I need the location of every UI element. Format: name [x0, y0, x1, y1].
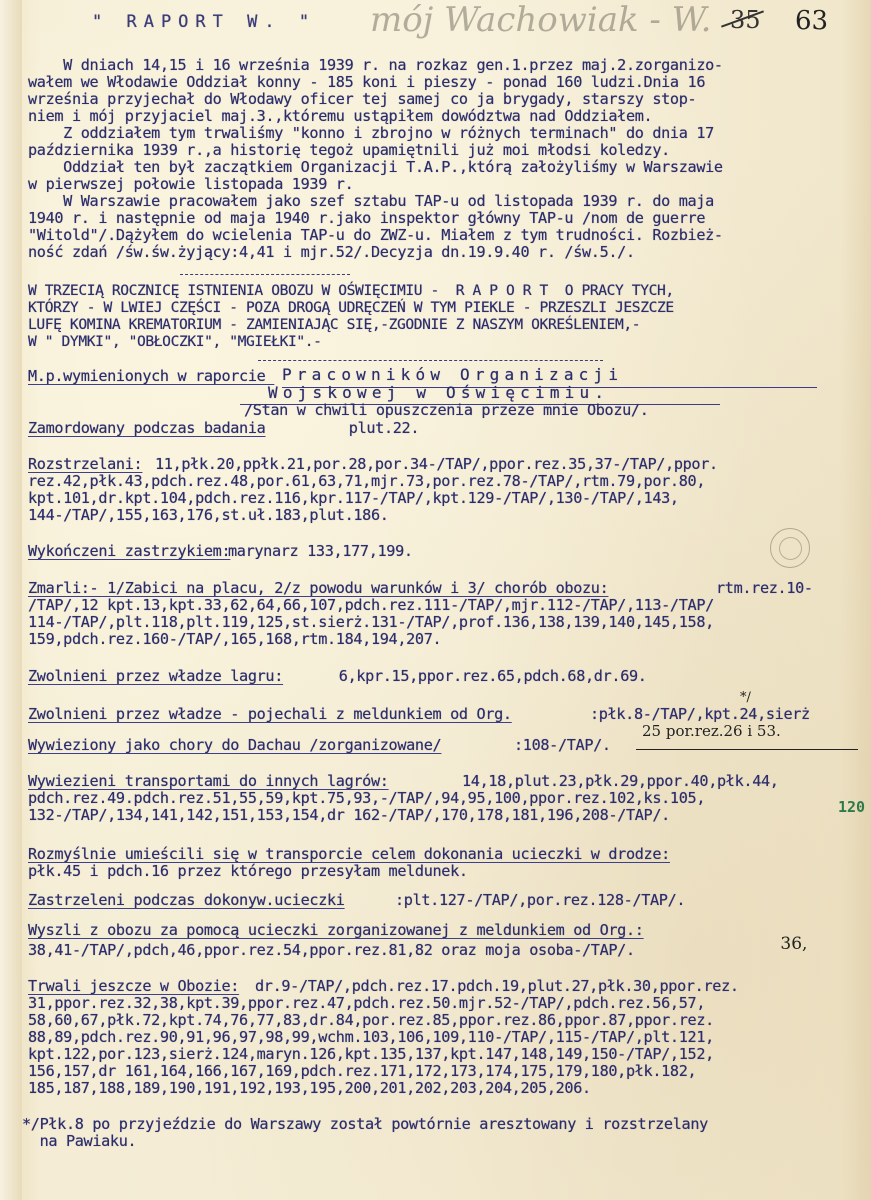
section-label: Zwolnieni przez władze lagru:: [28, 668, 283, 685]
intro-line: 1940 r. i następnie od maja 1940 r.jako …: [28, 210, 705, 227]
section-label: Trwali jeszcze w Obozie:: [28, 978, 239, 995]
section-label: Rozstrzelani:: [28, 456, 142, 473]
intro-line: W Warszawie pracowałem jako szef sztabu …: [28, 193, 714, 210]
margin-note: 120: [838, 798, 865, 816]
intro-line: października 1939 r.,a historię tegoż up…: [28, 142, 670, 159]
separator-rule: [180, 274, 350, 275]
intro-line: W dniach 14,15 i 16 września 1939 r. na …: [28, 57, 723, 74]
section-content: 144-/TAP/,155,163,176,st.uł.183,plut.186…: [28, 507, 389, 524]
list-heading-prefix: M.p.wymienionych w raporcie: [28, 368, 274, 385]
section-content: 114-/TAP/,plt.118,plt.119,125,st.sierż.1…: [28, 614, 714, 631]
handwritten-addition: 25 por.rez.26 i 53.: [642, 722, 781, 740]
section-content: plut.22.: [340, 420, 419, 437]
section-content: :108-/TAP/.: [514, 737, 611, 754]
intro-line: "Witold"/.Dążyłem do wcielenia TAP-u do …: [28, 227, 723, 244]
section-label: Wyszli z obozu za pomocą ucieczki zorgan…: [28, 922, 644, 939]
document-page: mój Wachowiak - W. 35 63 " RAPORT W. " W…: [0, 0, 871, 1200]
section-content: kpt.122,por.123,sierż.124,maryn.126,kpt.…: [28, 1046, 714, 1063]
section-content: 58,60,67,płk.72,kpt.74,76,77,83,dr.84,po…: [28, 1012, 714, 1029]
footnote-line: */Płk.8 po przyjeździe do Warszawy zosta…: [22, 1116, 708, 1133]
separator-rule: [258, 360, 603, 361]
caps-line: W " DYMKI", "OBŁOCZKI", "MGIEŁKI".-: [28, 333, 322, 350]
section-content: 156,157,dr 161,164,166,167,169,pdch.rez.…: [28, 1063, 696, 1080]
caps-line: KTÓRZY - W LWIEJ CZĘŚCI - POZA DROGĄ UDR…: [28, 299, 674, 316]
section-content: rtm.rez.10-: [716, 580, 813, 597]
caps-line: W TRZECIĄ ROCZNICĘ ISTNIENIA OBOZU W OŚW…: [28, 282, 674, 299]
intro-line: września przyjechał do Włodawy oficer te…: [28, 91, 696, 108]
section-label: Wywieziony jako chory do Dachau /zorgani…: [28, 737, 441, 754]
pencil-annotation: mój Wachowiak - W.: [370, 0, 712, 40]
section-content: 38,41-/TAP/,pdch,46,ppor.rez.54,ppor.rez…: [28, 942, 635, 959]
section-content: 6,kpr.15,ppor.rez.65,pdch.68,dr.69.: [330, 668, 647, 685]
section-label: Zwolnieni przez władze - pojechali z mel…: [28, 706, 512, 723]
section-content: 14,18,plut.23,płk.29,ppor.40,płk.44,: [462, 773, 779, 790]
section-content: :plt.127-/TAP/,por.rez.128-/TAP/.: [395, 892, 685, 909]
section-content: płk.45 i pdch.16 przez którego przesyłam…: [28, 863, 468, 880]
section-label: Zastrzeleni podczas dokonyw.ucieczki: [28, 892, 345, 909]
section-label: Rozmyślnie umieścili się w transporcie c…: [28, 846, 670, 863]
section-content: pdch.rez.49.pdch.rez.51,55,59,kpt.75,93,…: [28, 790, 705, 807]
list-heading-title-1: Pracowników Organizacji: [282, 366, 623, 383]
handwritten-bracket-line: [636, 749, 858, 750]
section-content: 132-/TAP/,134,141,142,151,153,154,dr 162…: [28, 807, 670, 824]
section-content: 88,89,pdch.rez.90,91,96,97,98,99,wchm.10…: [28, 1029, 714, 1046]
section-content: rez.42,płk.43,pdch.rez.48,por.61,63,71,m…: [28, 473, 705, 490]
section-label: Wykończeni zastrzykiem:: [28, 543, 230, 560]
section-content: dr.9-/TAP/,pdch.rez.17.pdch.19,plut.27,p…: [255, 978, 739, 995]
section-label: Zmarli:- 1/Zabici na placu, 2/z powodu w…: [28, 580, 608, 597]
section-content: 159,pdch.rez.160-/TAP/,165,168,rtm.184,1…: [28, 631, 441, 648]
section-content: marynarz 133,177,199.: [228, 543, 413, 560]
section-content: 185,187,188,189,190,191,192,193,195,200,…: [28, 1080, 591, 1097]
page-number: 63: [795, 6, 828, 36]
handwritten-addition: 36,: [775, 934, 807, 954]
intro-line: ność zdań /św.św.żyjący:4,41 i mjr.52/.D…: [28, 244, 635, 261]
section-content: 31,ppor.rez.32,38,kpt.39,ppor.rez.47,pdc…: [28, 995, 705, 1012]
archive-stamp-icon: [770, 528, 810, 568]
list-heading-status: /Stan w chwili opuszczenia przeze mnie O…: [244, 402, 649, 419]
section-content: kpt.101,dr.kpt.104,pdch.rez.116,kpr.117-…: [28, 490, 679, 507]
section-label: Zamordowany podczas badania: [28, 420, 265, 437]
footnote-marker: */: [740, 690, 751, 705]
document-title: " RAPORT W. ": [92, 14, 316, 31]
intro-line: Oddział ten był zaczątkiem Organizacji T…: [28, 159, 723, 176]
section-content: /TAP/,12 kpt.13,kpt.33,62,64,66,107,pdch…: [28, 597, 714, 614]
section-label: Wywiezieni transportami do innych lagrów…: [28, 773, 389, 790]
intro-line: Z oddziałem tym trwaliśmy "konno i zbroj…: [28, 125, 714, 142]
section-content: :płk.8-/TAP/,kpt.24,sierż: [590, 706, 810, 723]
caps-line: LUFĘ KOMINA KREMATORIUM - ZAMIENIAJĄC SI…: [28, 316, 640, 333]
intro-line: w pierwszej połowie listopada 1939 r.: [28, 176, 353, 193]
footnote-line: na Pawiaku.: [22, 1133, 136, 1150]
list-heading-title-2: Wojskowej w Oświęcimiu.: [268, 384, 609, 401]
intro-line: niem i mój przyjaciel maj.3.,któremu ust…: [28, 108, 652, 125]
section-content: 11,płk.20,ppłk.21,por.28,por.34-/TAP/,pp…: [155, 456, 718, 473]
intro-line: wałem we Włodawie Oddział konny - 185 ko…: [28, 74, 705, 91]
